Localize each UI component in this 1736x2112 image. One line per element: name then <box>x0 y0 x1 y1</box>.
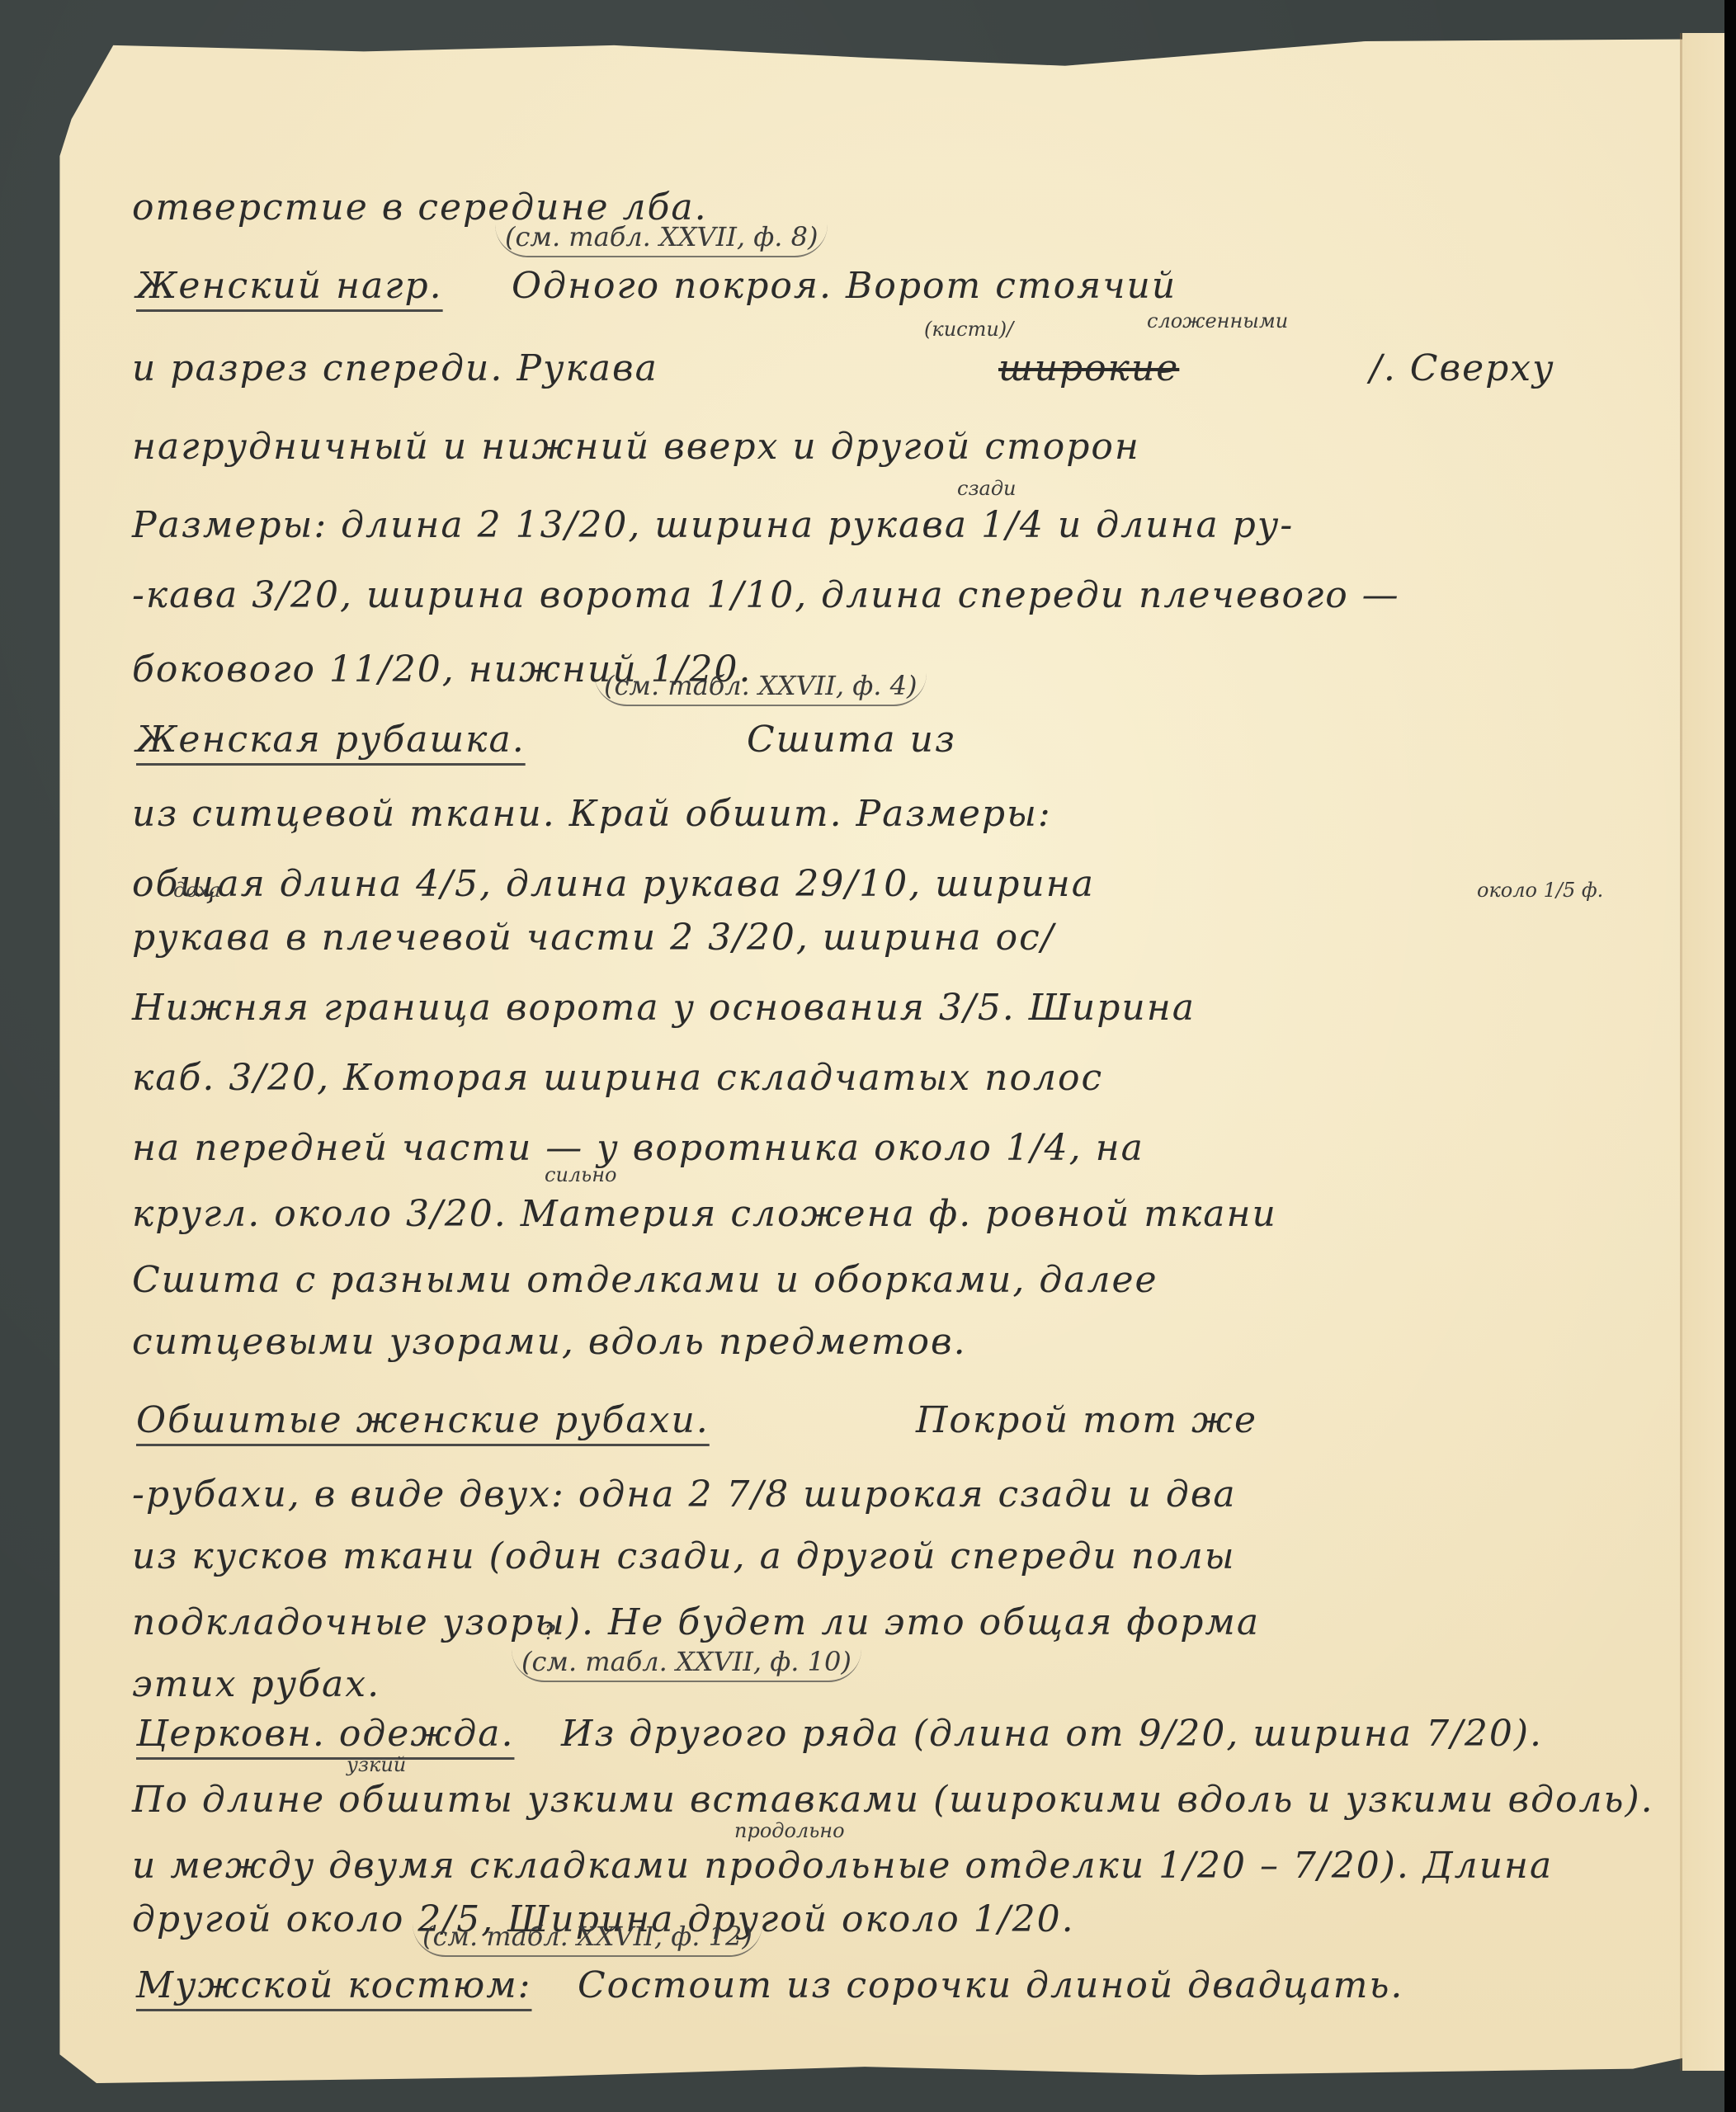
interlinear-insert: узкий <box>347 1753 406 1776</box>
text-line: Размеры: длина 2 13/20, ширина рукава 1/… <box>132 507 1294 544</box>
text-line: Нижняя граница ворота у основания 3/5. Ш… <box>132 990 1196 1026</box>
text-line: рукава в плечевой части 2 3/20, ширина о… <box>132 920 1055 956</box>
interlinear-insert: около 1/5 ф. <box>1477 879 1603 902</box>
section-heading: Женский нагр. <box>136 268 443 304</box>
interlinear-insert: сзади <box>957 477 1017 500</box>
text-line: -рубахи, в виде двух: одна 2 7/8 широкая… <box>132 1477 1237 1513</box>
text-line: и между двумя складками продольные отдел… <box>132 1848 1553 1884</box>
text-line: ситцевыми узорами, вдоль предметов. <box>132 1324 967 1360</box>
table-reference: (см. табл. XXVII, ф. 10) <box>512 1646 861 1682</box>
adjacent-page-edge <box>1682 33 1724 2071</box>
section-heading: Женская рубашка. <box>136 722 526 758</box>
text-line: каб. 3/20, Которая ширина складчатых пол… <box>132 1060 1103 1096</box>
table-reference: (см. табл. XXVII, ф. 8) <box>495 221 828 257</box>
text-line: -кава 3/20, ширина ворота 1/10, длина сп… <box>132 577 1400 614</box>
interlinear-insert: сильно <box>545 1163 617 1186</box>
text-line: из ситцевой ткани. Край обшит. Размеры: <box>132 796 1052 832</box>
interlinear-insert: ? <box>545 1621 555 1644</box>
text-line: Покрой тот же <box>916 1402 1257 1439</box>
text-line: подкладочные узоры). Не будет ли это общ… <box>132 1605 1260 1641</box>
text-line: По длине обшиты узкими вставками (широки… <box>132 1782 1654 1818</box>
text-line: Одного покроя. Ворот стоячий <box>512 268 1177 304</box>
text-line: /. Сверху <box>1370 351 1555 387</box>
interlinear-insert: (кисти)/ <box>924 318 1013 341</box>
struck-text: широкие <box>998 351 1179 387</box>
interlinear-insert: доха <box>173 879 221 902</box>
text-line: Из другого ряда (длина от 9/20, ширина 7… <box>561 1716 1543 1752</box>
section-heading: Обшитые женские рубахи. <box>136 1402 710 1439</box>
text-line: на передней части — у воротника около 1/… <box>132 1130 1144 1167</box>
section-heading: Мужской костюм: <box>136 1968 532 2004</box>
text-line: Состоит из сорочки длиной двадцать. <box>578 1968 1403 2004</box>
text-line: и разрез спереди. Рукава <box>132 351 658 387</box>
section-heading: Церковн. одежда. <box>136 1716 514 1752</box>
text-line: общая длина 4/5, длина рукава 29/10, шир… <box>132 866 1095 903</box>
interlinear-insert: сложенными <box>1147 309 1288 332</box>
text-line: Сшита из <box>747 722 956 758</box>
text-line: кругл. около 3/20. Материя сложена ф. ро… <box>132 1196 1277 1233</box>
scan-edge-strip <box>1724 0 1736 2112</box>
text-line: Сшита с разными отделками и оборками, да… <box>132 1262 1158 1299</box>
interlinear-insert: продольно <box>734 1819 845 1842</box>
page-fold-line <box>1680 33 1682 2071</box>
text-line: этих рубах. <box>132 1666 380 1703</box>
table-reference: (см. табл. XXVII, ф. 4) <box>594 670 927 706</box>
text-line: нагрудничный и нижний вверх и другой сто… <box>132 429 1140 465</box>
text-line: из кусков ткани (один сзади, а другой сп… <box>132 1539 1236 1575</box>
table-reference: (см. табл. XXVII, ф. 12) <box>413 1921 762 1957</box>
